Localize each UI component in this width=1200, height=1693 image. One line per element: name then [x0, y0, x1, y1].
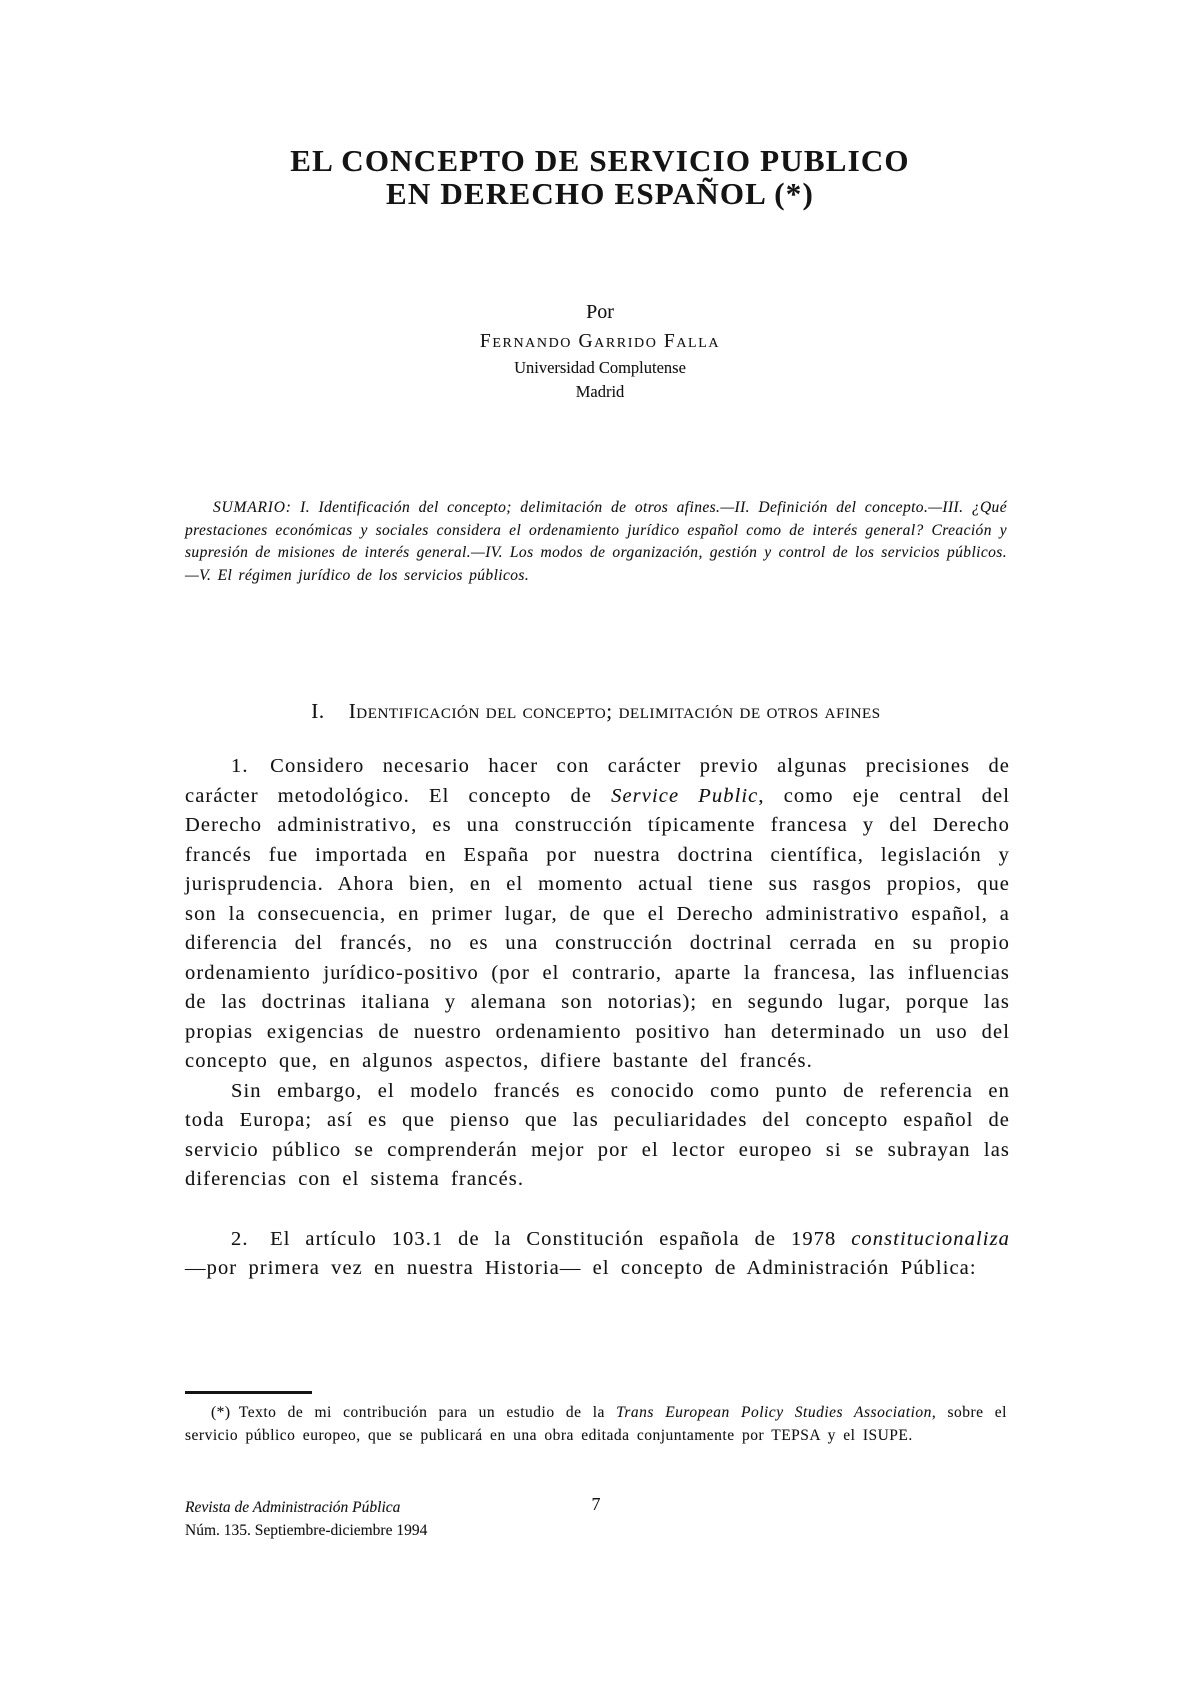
- article-title-line1: EL CONCEPTO DE SERVICIO PUBLICO: [0, 144, 1200, 177]
- summary-label: SUMARIO:: [213, 499, 292, 516]
- summary-text: I. Identificación del concepto; delimita…: [185, 499, 1007, 584]
- article-body: 1. Considero necesario hacer con carácte…: [185, 752, 1010, 1284]
- footnote: (*) Texto de mi contribución para un est…: [185, 1401, 1007, 1447]
- byline: Por Fernando Garrido Falla Universidad C…: [0, 301, 1200, 402]
- byline-por: Por: [0, 301, 1200, 324]
- author-name: Fernando Garrido Falla: [0, 331, 1200, 353]
- footnote-separator-rule: [185, 1391, 312, 1394]
- article-title-line2: EN DERECHO ESPAÑOL (*): [0, 177, 1200, 210]
- author-affiliation: Universidad Complutense: [0, 358, 1200, 378]
- article-title: EL CONCEPTO DE SERVICIO PUBLICO EN DEREC…: [0, 144, 1200, 210]
- document-page: EL CONCEPTO DE SERVICIO PUBLICO EN DEREC…: [0, 0, 1200, 1693]
- title-block: EL CONCEPTO DE SERVICIO PUBLICO EN DEREC…: [0, 144, 1200, 210]
- paragraph-1: 1. Considero necesario hacer con carácte…: [185, 752, 1010, 1077]
- paragraph-2: Sin embargo, el modelo francés es conoci…: [185, 1077, 1010, 1195]
- summary-block: SUMARIO: I. Identificación del concepto;…: [185, 497, 1007, 587]
- paragraph-3: 2. El artículo 103.1 de la Constitución …: [185, 1225, 1010, 1284]
- page-number: 7: [185, 1494, 1007, 1515]
- section-heading: I.Identificación del concepto; delimitac…: [185, 699, 1007, 724]
- footer-issue: Núm. 135. Septiembre-diciembre 1994: [185, 1519, 1007, 1542]
- author-city: Madrid: [0, 382, 1200, 402]
- section-heading-text: Identificación del concepto; delimitació…: [349, 699, 881, 723]
- section-heading-numeral: I.: [311, 699, 324, 723]
